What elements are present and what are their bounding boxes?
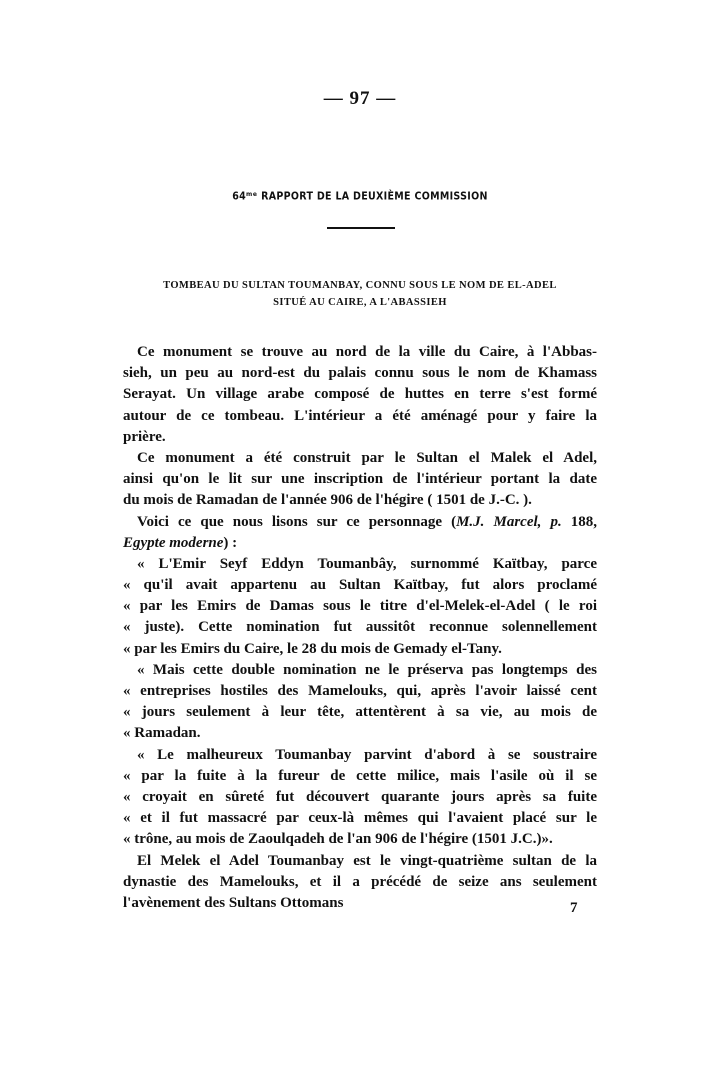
text-line: « par les Emirs de Damas sous le titre d… xyxy=(123,596,597,617)
text-line: ainsi qu'on le lit sur une inscription d… xyxy=(123,469,597,490)
text-line: sieh, un peu au nord-est du palais connu… xyxy=(123,363,597,384)
text-line: « croyait en sûreté fut découvert quaran… xyxy=(123,787,597,808)
text-line: l'avènement des Sultans Ottomans xyxy=(123,893,597,914)
text-line: El Melek el Adel Toumanbay est le vingt-… xyxy=(123,851,597,872)
citation: M.J. Marcel, p. xyxy=(456,514,562,530)
text-line: Serayat. Un village arabe composé de hut… xyxy=(123,384,597,405)
body-text: Ce monument se trouve au nord de la vill… xyxy=(123,342,597,914)
text-line: « Ramadan. xyxy=(123,723,597,744)
text-line: Voici ce que nous lisons sur ce personna… xyxy=(123,512,597,533)
text-line: « qu'il avait appartenu au Sultan Kaïtba… xyxy=(123,575,597,596)
text-line: Ce monument se trouve au nord de la vill… xyxy=(123,342,597,363)
title-line-2: SITUÉ AU CAIRE, A L'ABASSIEH xyxy=(123,294,597,311)
text-line: du mois de Ramadan de l'année 906 de l'h… xyxy=(123,490,597,511)
title-line-1: TOMBEAU DU SULTAN TOUMANBAY, CONNU SOUS … xyxy=(123,277,597,294)
text-line: « Mais cette double nomination ne le pré… xyxy=(123,660,597,681)
text-line: « trône, au mois de Zaoulqadeh de l'an 9… xyxy=(123,829,597,850)
divider-rule xyxy=(327,227,395,229)
text-line: « juste). Cette nomination fut aussitôt … xyxy=(123,617,597,638)
text-line: « par la fuite à la fureur de cette mili… xyxy=(123,766,597,787)
text-line: dynastie des Mamelouks, et il a précédé … xyxy=(123,872,597,893)
citation: Egypte moderne xyxy=(123,535,223,551)
signature-mark: 7 xyxy=(570,900,578,917)
page-number: — 97 — xyxy=(0,88,720,110)
section-heading: 64ᵐᵉ RAPPORT DE LA DEUXIÈME COMMISSION xyxy=(0,190,720,203)
document-title: TOMBEAU DU SULTAN TOUMANBAY, CONNU SOUS … xyxy=(123,277,597,311)
text-line: « jours seulement à leur tête, attentère… xyxy=(123,702,597,723)
text-line: « par les Emirs du Caire, le 28 du mois … xyxy=(123,639,597,660)
text-line: Egypte moderne) : xyxy=(123,533,597,554)
text-line: « entreprises hostiles des Mamelouks, qu… xyxy=(123,681,597,702)
text-line: autour de ce tombeau. L'intérieur a été … xyxy=(123,406,597,427)
text-line: « Le malheureux Toumanbay parvint d'abor… xyxy=(123,745,597,766)
text-line: Ce monument a été construit par le Sulta… xyxy=(123,448,597,469)
text-line: « et il fut massacré par ceux-là mêmes q… xyxy=(123,808,597,829)
text-line: prière. xyxy=(123,427,597,448)
text-line: « L'Emir Seyf Eddyn Toumanbây, surnommé … xyxy=(123,554,597,575)
